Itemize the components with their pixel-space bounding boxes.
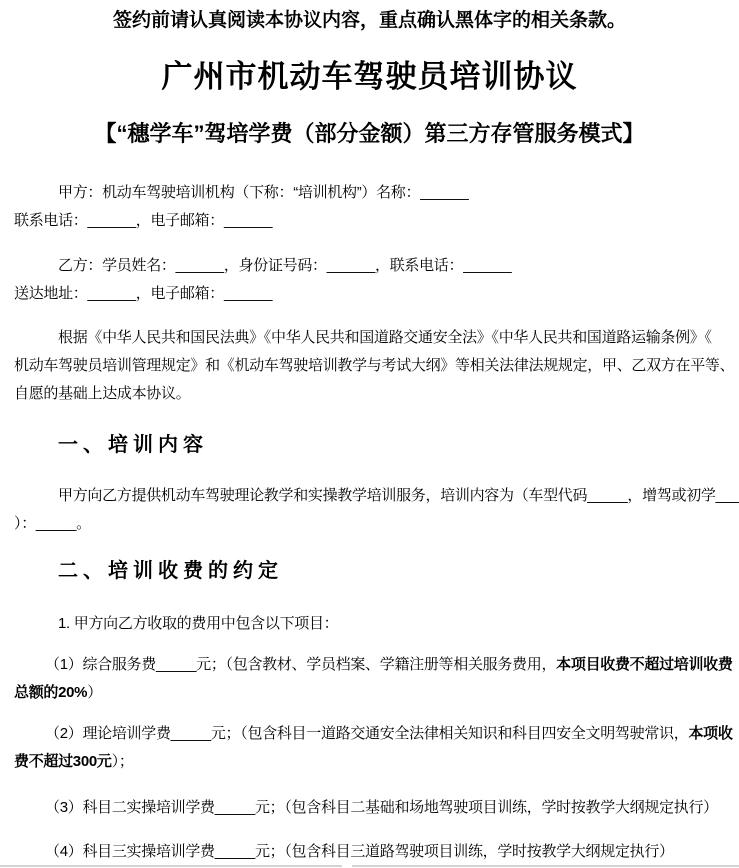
agreement-document: 签约前请认真阅读本协议内容，重点确认黑体字的相关条款。 广州市机动车驾驶员培训协… <box>0 0 739 866</box>
fee-item-2-text-2: ）； <box>112 753 134 770</box>
fee-item-2-line-2: 费不超过300元）； <box>14 748 725 776</box>
preamble-line-2: 机动车驾驶员培训管理规定》和《机动车驾驶培训教学与考试大纲》等相关法律法规规定，… <box>14 352 725 380</box>
party-a-line-2: 联系电话：______，电子邮箱：______ <box>14 207 725 235</box>
party-b-line-2: 送达地址：______，电子邮箱：______ <box>14 280 725 308</box>
fee-item-1-line-1: （1）综合服务费_____元；（包含教材、学员档案、学籍注册等相关服务费用，本项… <box>14 651 725 679</box>
preamble-line-1: 根据《中华人民共和国民法典》《中华人民共和国道路交通安全法》《中华人民共和国道路… <box>14 324 725 352</box>
fee-items-intro-line: 1. 甲方向乙方收取的费用中包含以下项目： <box>14 610 725 638</box>
fee-item-2-text: （2）理论培训学费_____元；（包含科目一道路交通安全法律相关知识和科目四安全… <box>45 725 688 742</box>
fee-item-1-bold-text-2: 总额的20% <box>14 684 87 701</box>
document-subtitle: 【“穗学车”驾培学费（部分金额）第三方存管服务模式】 <box>14 118 725 150</box>
preamble-paragraph: 根据《中华人民共和国民法典》《中华人民共和国道路交通安全法》《中华人民共和国道路… <box>14 324 725 408</box>
section-1-line-1: 甲方向乙方提供机动车驾驶理论教学和实操教学培训服务，培训内容为（车型代码____… <box>14 482 725 510</box>
fee-item-2-bold-text: 本项收 <box>688 725 732 742</box>
fee-item-2: （2）理论培训学费_____元；（包含科目一道路交通安全法律相关知识和科目四安全… <box>14 720 725 776</box>
fee-item-1-bold-text: 本项目收费不超过培训收费 <box>556 656 732 673</box>
divider-segment-left <box>0 865 342 867</box>
section-1-heading: 一、培训内容 <box>14 432 725 458</box>
party-a-paragraph: 甲方：机动车驾驶培训机构（下称：“培训机构”）名称：______ 联系电话：__… <box>14 179 725 235</box>
fee-item-2-bold-text-2: 费不超过300元 <box>14 753 112 770</box>
fee-item-1-text-2: ） <box>87 684 102 701</box>
fee-item-1-line-2: 总额的20%） <box>14 679 725 707</box>
preamble-line-3: 自愿的基础上达成本协议。 <box>14 380 725 408</box>
section-2-heading: 二、培训收费的约定 <box>14 558 725 584</box>
divider-segment-right <box>352 865 739 867</box>
notice-text: 签约前请认真阅读本协议内容，重点确认黑体字的相关条款。 <box>14 9 725 33</box>
fee-item-4-line: （4）科目三实操培训学费_____元；（包含科目三道路驾驶项目训练，学时按教学大… <box>14 838 725 866</box>
page-bottom-divider <box>0 865 739 867</box>
fee-item-1: （1）综合服务费_____元；（包含教材、学员档案、学籍注册等相关服务费用，本项… <box>14 651 725 707</box>
fee-item-1-text: （1）综合服务费_____元；（包含教材、学员档案、学籍注册等相关服务费用， <box>45 656 556 673</box>
fee-items-intro: 1. 甲方向乙方收取的费用中包含以下项目： <box>14 610 725 638</box>
fee-item-3-line: （3）科目二实操培训学费_____元；（包含科目二基础和场地驾驶项目训练，学时按… <box>14 794 725 822</box>
party-b-line-1: 乙方：学员姓名：______，身份证号码：______，联系电话：______ <box>14 252 725 280</box>
fee-item-4: （4）科目三实操培训学费_____元；（包含科目三道路驾驶项目训练，学时按教学大… <box>14 838 725 866</box>
party-a-line-1: 甲方：机动车驾驶培训机构（下称：“培训机构”）名称：______ <box>14 179 725 207</box>
section-1-line-2: ）：_____。 <box>14 510 725 538</box>
fee-item-3: （3）科目二实操培训学费_____元；（包含科目二基础和场地驾驶项目训练，学时按… <box>14 794 725 822</box>
section-1-body: 甲方向乙方提供机动车驾驶理论教学和实操教学培训服务，培训内容为（车型代码____… <box>14 482 725 538</box>
fee-item-2-line-1: （2）理论培训学费_____元；（包含科目一道路交通安全法律相关知识和科目四安全… <box>14 720 725 748</box>
party-b-paragraph: 乙方：学员姓名：______，身份证号码：______，联系电话：______ … <box>14 252 725 308</box>
document-title: 广州市机动车驾驶员培训协议 <box>14 57 725 97</box>
